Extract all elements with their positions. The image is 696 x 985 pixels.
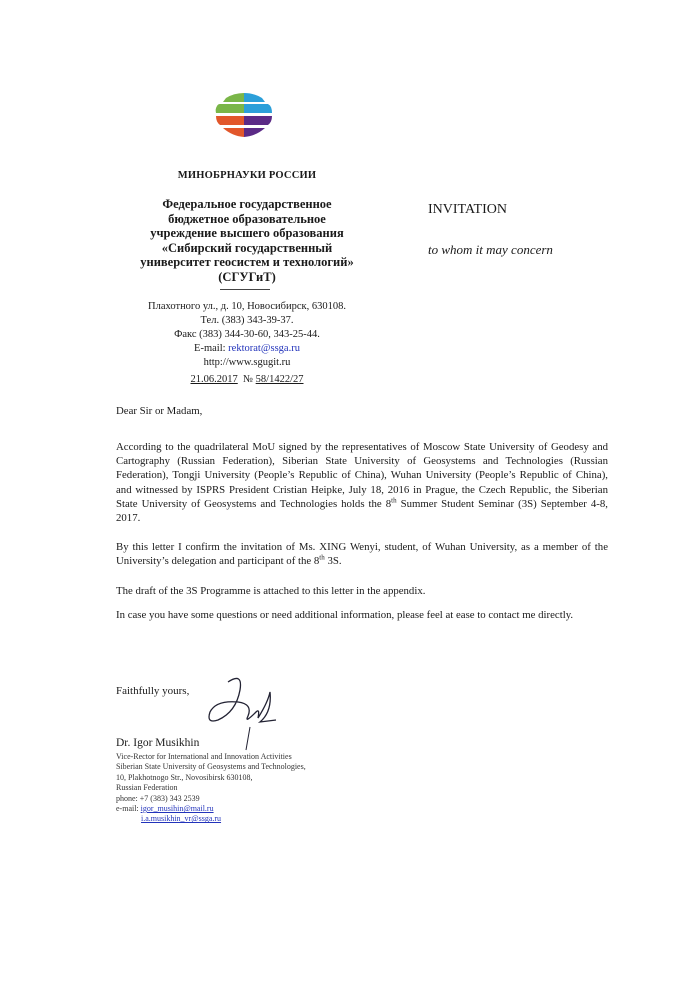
signer-position: Vice-Rector for International and Innova… <box>116 752 306 762</box>
divider <box>220 289 270 290</box>
signer-email-line: e-mail: igor_musihin@mail.ru <box>116 804 306 814</box>
university-logo-icon <box>214 92 274 152</box>
document-subtitle: to whom it may concern <box>428 242 553 258</box>
signer-university: Siberian State University of Geosystems … <box>116 762 306 772</box>
closing: Faithfully yours, <box>116 685 189 697</box>
paragraph-programme: The draft of the 3S Programme is attache… <box>116 584 608 598</box>
org-line: «Сибирский государственный <box>112 241 382 256</box>
text: By this letter I confirm the invitation … <box>116 541 608 567</box>
organization-name: Федеральное государственное бюджетное об… <box>112 197 382 284</box>
paragraph-confirmation: By this letter I confirm the invitation … <box>116 540 608 568</box>
document-title: INVITATION <box>428 202 507 218</box>
phone: Тел. (383) 343-39-37. <box>112 314 382 328</box>
reference-line: 21.06.2017 № 58/1422/27 <box>112 374 382 385</box>
letter-number: 58/1422/27 <box>256 374 304 385</box>
signer-country: Russian Federation <box>116 783 306 793</box>
paragraph-contact: In case you have some questions or need … <box>116 608 608 622</box>
signature-icon <box>198 672 288 752</box>
signer-name: Dr. Igor Musikhin <box>116 737 199 749</box>
org-line: (СГУГиТ) <box>112 270 382 285</box>
email-link[interactable]: rektorat@ssga.ru <box>228 343 300 354</box>
org-line: учреждение высшего образования <box>112 226 382 241</box>
signer-details: Vice-Rector for International and Innova… <box>116 752 306 825</box>
signer-email-link-2[interactable]: i.a.musikhin_vr@ssga.ru <box>141 814 221 823</box>
org-line: Федеральное государственное <box>112 197 382 212</box>
signer-email-line-2: i.a.musikhin_vr@ssga.ru <box>116 814 306 824</box>
salutation: Dear Sir or Madam, <box>116 404 608 418</box>
text: 3S. <box>325 555 342 567</box>
postal-address: Плахотного ул., д. 10, Новосибирск, 6301… <box>112 300 382 314</box>
org-line: университет геосистем и технологий» <box>112 255 382 270</box>
letter-date: 21.06.2017 <box>191 374 238 385</box>
ministry-name: МИНОБРНАУКИ РОССИИ <box>112 170 382 181</box>
paragraph-mou: According to the quadrilateral MoU signe… <box>116 440 608 525</box>
email-label: E-mail: <box>194 343 228 354</box>
signer-email-link-1[interactable]: igor_musihin@mail.ru <box>141 804 214 813</box>
signer-address: 10, Plakhotnogo Str., Novosibirsk 630108… <box>116 773 306 783</box>
contact-block: Плахотного ул., д. 10, Новосибирск, 6301… <box>112 300 382 370</box>
number-sign: № <box>243 374 253 385</box>
email-label: e-mail: <box>116 804 141 813</box>
website[interactable]: http://www.sgugit.ru <box>112 356 382 370</box>
email-line: E-mail: rektorat@ssga.ru <box>112 342 382 356</box>
signer-phone: phone: +7 (383) 343 2539 <box>116 794 306 804</box>
org-line: бюджетное образовательное <box>112 212 382 227</box>
fax: Факс (383) 344-30-60, 343-25-44. <box>112 328 382 342</box>
